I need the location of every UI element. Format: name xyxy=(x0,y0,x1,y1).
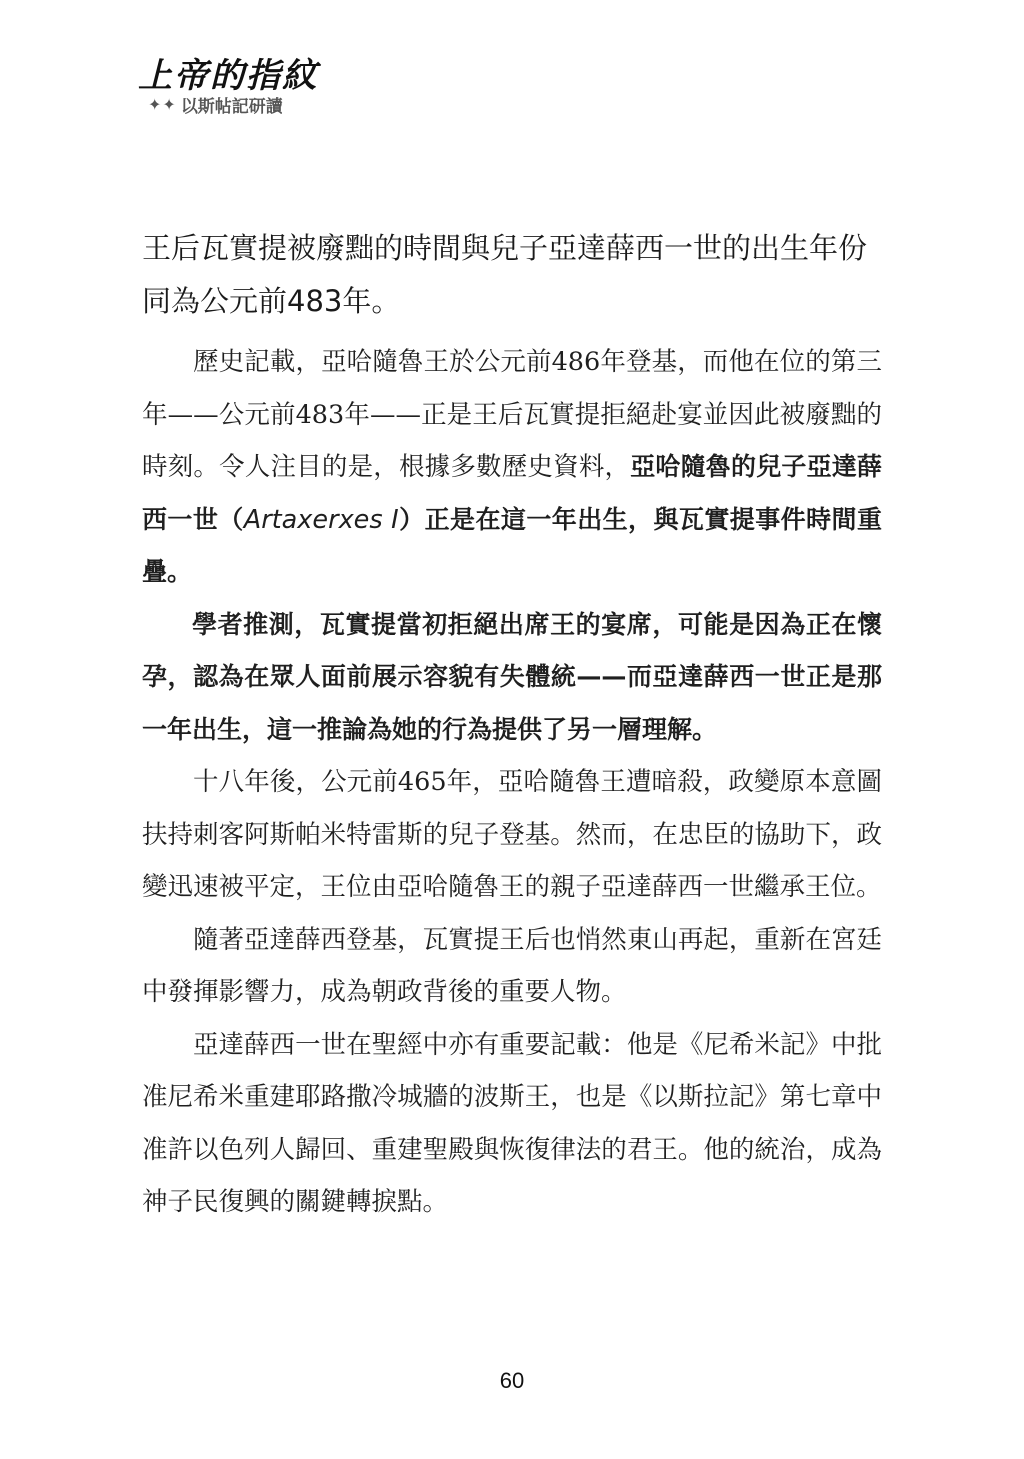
paragraph-5: 亞達薛西一世在聖經中亦有重要記載：他是《尼希米記》中批准尼希米重建耶路撒冷城牆的… xyxy=(142,1019,882,1229)
sparkle-stars-icon: ✦✦ xyxy=(148,95,177,115)
section-headline: 王后瓦實提被廢黜的時間與兒子亞達薛西一世的出生年份同為公元前483年。 xyxy=(142,222,882,328)
logo-subtitle: 以斯帖記研讀 xyxy=(181,92,283,117)
artaxerxes-latin-name: Artaxerxes I xyxy=(244,505,399,535)
paragraph-1: 歷史記載，亞哈隨魯王於公元前486年登基，而他在位的第三年——公元前483年——… xyxy=(142,336,882,599)
paragraph-4: 隨著亞達薛西登基，瓦實提王后也悄然東山再起，重新在宮廷中發揮影響力，成為朝政背後… xyxy=(142,914,882,1019)
logo-subtitle-row: ✦✦ 以斯帖記研讀 xyxy=(148,92,283,117)
page-number: 60 xyxy=(0,1368,1024,1394)
paragraph-3: 十八年後，公元前465年，亞哈隨魯王遭暗殺，政變原本意圖扶持刺客阿斯帕米特雷斯的… xyxy=(142,756,882,914)
paragraph-2: 學者推測，瓦實提當初拒絕出席王的宴席，可能是因為正在懷孕，認為在眾人面前展示容貌… xyxy=(142,599,882,757)
body-text: 歷史記載，亞哈隨魯王於公元前486年登基，而他在位的第三年——公元前483年——… xyxy=(142,336,882,1229)
logo-title: 上帝的指紋 xyxy=(138,48,318,97)
book-header-logo: 上帝的指紋 ✦✦ 以斯帖記研讀 xyxy=(138,48,358,128)
